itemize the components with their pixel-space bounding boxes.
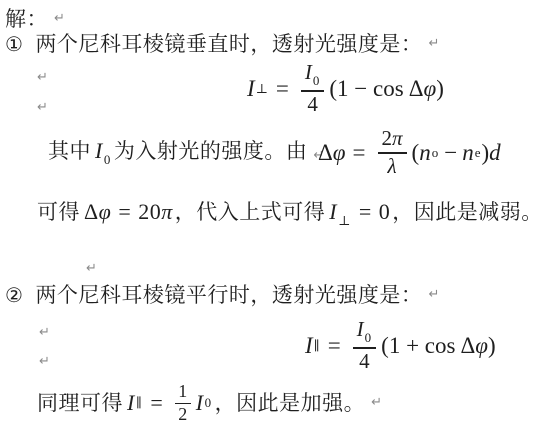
math-sub-perp: ⊥ [338,213,351,228]
inline-math-delta-phi-20pi: Δφ=20π [84,200,173,224]
intensity-definition-line: 其中 I0 为入射光的强度。由 ↵ [48,139,324,172]
closing-paren: ) [481,140,489,166]
item1-line: ① 两个尼科耳棱镜垂直时，透射光强度是： ↵ [5,32,439,56]
opening-paren: ( [412,140,420,166]
math-sub-zero: 0 [205,391,212,415]
result-weaken-line: 可得 Δφ=20π ，代入上式可得 I⊥=0 ，因此是减弱。 [37,200,543,233]
closing-paren: ) [488,333,496,359]
result2-pre-text: 同理可得 [37,391,123,415]
return-mark-icon: ↵ [39,326,50,340]
math-phi: φ [333,140,346,166]
math-delta: Δ [318,140,333,166]
fraction-denominator: 4 [307,92,318,117]
heading-line: 解： ↵ [5,7,65,31]
math-phi: φ [423,76,436,102]
math-var-I: I [305,60,312,84]
document-page: 解： ↵ ① 两个尼科耳棱镜垂直时，透射光强度是： ↵ ↵ ↵ I⊥ = I0 … [0,0,551,442]
math-delta: Δ [409,76,424,102]
formula-parallel-intensity: I∥ = I0 4 (1 + cos Δφ) [305,320,496,372]
equals-sign: = [359,199,372,224]
fraction-numerator: I0 [353,318,377,349]
result2-post-text: ，因此是加强。 [215,391,366,415]
fraction-denominator: λ [387,154,396,179]
item1-circled-number: ① [5,32,23,56]
math-sub-o: o [432,145,439,161]
inline-math-I-perp-zero: I⊥=0 [329,200,390,233]
inline-math-I-parallel-half: I∥ = 1 2 I0 [127,382,213,424]
result1-post-text: ，因此是减弱。 [392,200,543,224]
math-sub-zero: 0 [313,73,320,88]
math-sub-e: e [475,145,481,161]
heading-text: 解： [5,7,48,31]
result-strengthen-line: 同理可得 I∥ = 1 2 I0 ，因此是加强。 ↵ [37,380,382,426]
return-mark-icon: ↵ [37,71,48,85]
math-delta: Δ [84,199,99,224]
math-twenty: 20 [138,199,161,224]
equals-sign: = [328,333,341,359]
math-var-I: I [127,391,135,415]
math-var-I: I [305,333,313,359]
math-sub-zero: 0 [104,152,111,167]
definition-pre-text: 其中 [48,139,91,163]
math-open-one-minus-cos: (1 − cos [329,76,403,102]
return-mark-icon: ↵ [371,396,382,410]
return-mark-icon: ↵ [37,101,48,115]
result1-pre-text: 可得 [37,200,80,224]
minus-sign: − [444,140,457,166]
formula-perpendicular-intensity: I⊥ = I0 4 (1 − cos Δφ) [247,63,444,115]
fraction-denominator: 2 [178,404,188,424]
math-var-I: I [247,76,255,102]
item1-text: 两个尼科耳棱镜垂直时，透射光强度是： [35,32,422,56]
result1-mid-text: ，代入上式可得 [175,200,326,224]
math-phi: φ [99,199,112,224]
math-sub-zero: 0 [365,330,372,345]
return-mark-icon: ↵ [54,12,65,26]
fraction-2pi-over-lambda: 2π λ [378,127,407,178]
equals-sign: = [150,391,163,415]
math-var-d: d [489,140,501,166]
item2-text: 两个尼科耳棱镜平行时，透射光强度是： [35,283,422,307]
math-pi: π [392,126,403,150]
closing-paren: ) [436,76,444,102]
math-sub-parallel: ∥ [314,338,320,354]
math-var-I: I [357,317,364,341]
return-mark-icon: ↵ [86,262,97,276]
math-zero: 0 [379,199,391,224]
math-two: 2 [382,126,393,150]
math-delta: Δ [460,333,475,359]
item2-circled-number: ② [5,283,23,307]
fraction-denominator: 4 [359,349,370,374]
fraction-numerator: 2π [378,127,407,154]
math-phi: φ [475,333,488,359]
math-var-I: I [196,391,204,415]
fraction-numerator: 1 [175,382,191,403]
return-mark-icon: ↵ [39,355,50,369]
math-var-n: n [462,140,474,166]
definition-post-text: 为入射光的强度。由 [114,139,308,163]
math-open-one-plus-cos: (1 + cos [381,333,455,359]
equals-sign: = [353,140,366,166]
equals-sign: = [118,199,131,224]
formula-phase-difference: Δφ = 2π λ (no − ne)d [318,126,501,180]
return-mark-icon: ↵ [428,288,439,302]
fraction-I0-over-4: I0 4 [353,318,377,373]
math-var-I: I [95,138,103,163]
math-sub-parallel: ∥ [136,391,143,415]
equals-sign: = [276,76,289,102]
math-var-I: I [329,199,337,224]
fraction-I0-over-4: I0 4 [301,61,325,116]
fraction-one-half: 1 2 [175,382,191,424]
fraction-numerator: I0 [301,61,325,92]
math-var-n: n [419,140,431,166]
return-mark-icon: ↵ [428,37,439,51]
item2-line: ② 两个尼科耳棱镜平行时，透射光强度是： ↵ [5,283,439,307]
math-pi: π [161,199,173,224]
inline-math-I0: I0 [95,139,112,172]
math-sub-perp: ⊥ [256,81,268,97]
